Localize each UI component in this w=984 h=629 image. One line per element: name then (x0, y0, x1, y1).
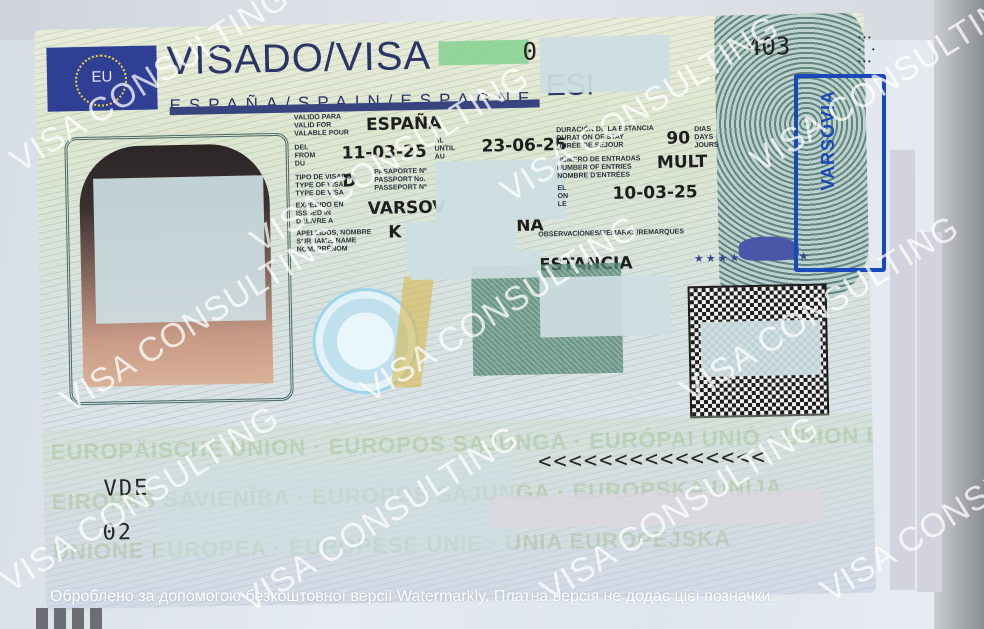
entries-label: NÚMERO DE ENTRADAS NUMBER OF ENTRIES NOM… (557, 155, 641, 181)
redaction-box (153, 460, 515, 558)
issued-in-value: VARSOV (368, 197, 446, 219)
valid-for-label: VALIDO PARA VALID FOR VALABLE POUR (294, 113, 349, 138)
visa-title: VISADO/VISA (166, 34, 431, 85)
redaction-box (700, 320, 821, 378)
hologram-foil (391, 277, 434, 388)
visa-number-prefix: 0 (522, 37, 537, 65)
rhino-emblem-icon (738, 236, 798, 261)
redaction-box (435, 159, 566, 222)
surname-name-value-start: K (388, 222, 402, 242)
perforation-dots: • • •• •• • • (858, 32, 875, 68)
redaction-box (539, 35, 670, 94)
duration-unit: DIAS DAYS JOURS (694, 126, 719, 150)
valid-for-value: ESPAÑA (366, 113, 442, 135)
until-label: AL UNTIL AU (434, 137, 455, 161)
passport-number-label: PASAPORTE Nº PASSPORT No. PASSEPORT Nº (374, 168, 427, 193)
from-label: DEL FROM DU (294, 144, 315, 168)
issued-in-label: EXPEDIDO EN ISSUED IN DELIVRE A (296, 202, 344, 227)
page-strip (890, 150, 915, 590)
until-value: 23-06-25 (481, 135, 566, 157)
redaction-box (539, 275, 670, 338)
security-patch (438, 40, 528, 66)
duration-value: 90 (666, 128, 690, 148)
mrz-line-1-start: VDE (103, 476, 149, 502)
visa-number-suffix: 403 (747, 32, 791, 61)
entry-stamp (794, 74, 886, 272)
page-strip (917, 232, 942, 592)
page-edge-marks (36, 608, 108, 629)
surname-name-label: APELLIDOS, NOMBRE SURNAME, NAME NOM, PRÉ… (296, 229, 372, 255)
passport-page: EU VISADO/VISA 0403 ESPAÑA/SPAIN/ESPAGNE… (0, 0, 984, 629)
issued-on-label: EL ON LE (557, 185, 568, 209)
eu-label: EU (47, 67, 157, 86)
from-value: 11-03-25 (341, 142, 426, 164)
entries-value: MULT (657, 152, 708, 173)
stamp-text: VARSOVIA (818, 90, 839, 191)
redaction-box (411, 249, 542, 280)
duration-label: DURACIÓN DE LA ESTANCIA DURATION OF STAY… (556, 125, 654, 151)
visa-sticker: EU VISADO/VISA 0403 ESPAÑA/SPAIN/ESPAGNE… (34, 13, 876, 610)
issued-on-value: 10-03-25 (612, 182, 697, 204)
mrz-line-1-filler: <<<<<<<<<<<<<<< (538, 445, 767, 475)
watermarkly-notice: Оброблено за допомогою безкоштовної верс… (50, 588, 775, 606)
mrz-line-2-start: 02 (102, 520, 133, 546)
eu-flag-icon: EU (46, 45, 157, 111)
visa-type-value: D (342, 171, 357, 191)
redaction-box (93, 175, 266, 324)
